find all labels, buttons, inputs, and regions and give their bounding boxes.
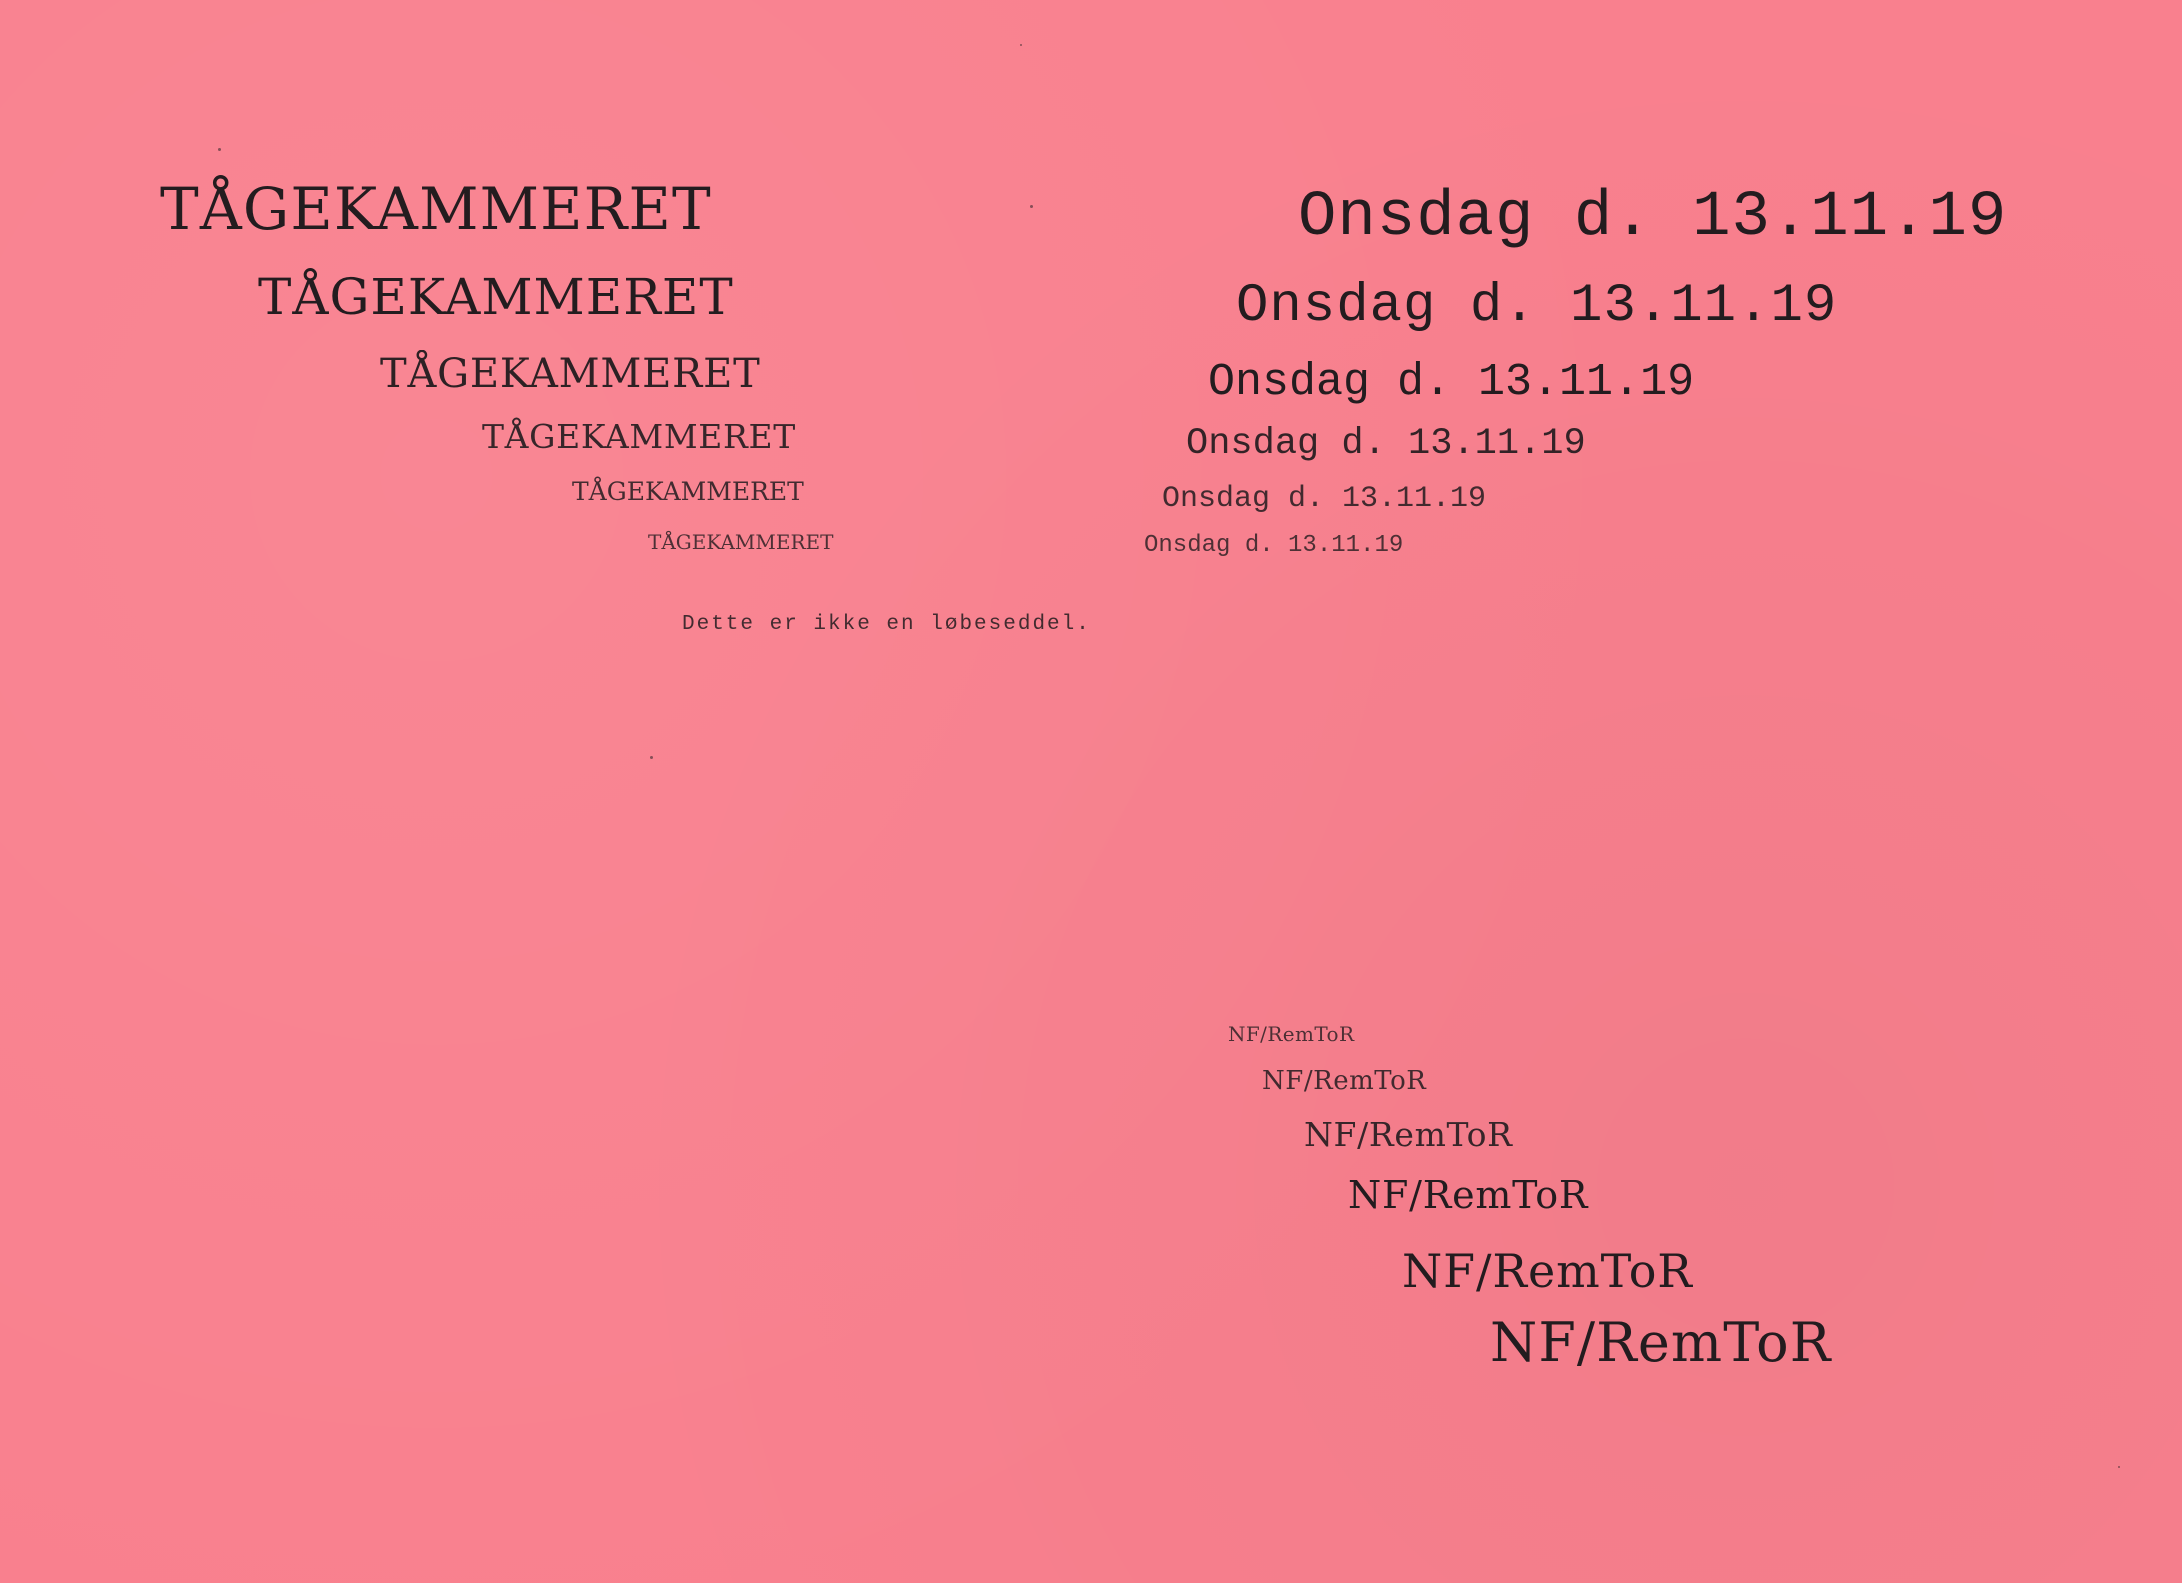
date-line: Onsdag d. 13.11.19 [1298,186,2007,250]
date-line: Onsdag d. 13.11.19 [1144,534,1403,558]
disclaimer-note: Dette er ikke en løbeseddel. [682,614,1091,635]
date-line: Onsdag d. 13.11.19 [1208,360,1694,405]
date-line: Onsdag d. 13.11.19 [1186,426,1586,463]
title-line: TÅGEKAMMERET [482,420,796,453]
signature-line: NF/RemToR [1348,1176,1588,1214]
signature-line: NF/RemToR [1402,1248,1693,1294]
signature-line: NF/RemToR [1304,1118,1513,1151]
date-line: Onsdag d. 13.11.19 [1162,484,1486,514]
title-line: TÅGEKAMMERET [258,272,734,322]
signature-line: NF/RemToR [1228,1024,1354,1044]
ink-speck [1020,44,1022,46]
ink-speck [1030,205,1033,208]
ink-speck [650,756,653,759]
signature-line: NF/RemToR [1262,1068,1426,1094]
title-line: TÅGEKAMMERET [380,354,761,394]
ink-speck [2118,1466,2120,1468]
date-line: Onsdag d. 13.11.19 [1236,280,1837,334]
signature-line: NF/RemToR [1490,1316,1831,1370]
ink-speck [218,148,221,151]
title-line: TÅGEKAMMERET [160,180,712,238]
title-line: TÅGEKAMMERET [648,532,834,552]
title-line: TÅGEKAMMERET [572,479,804,504]
